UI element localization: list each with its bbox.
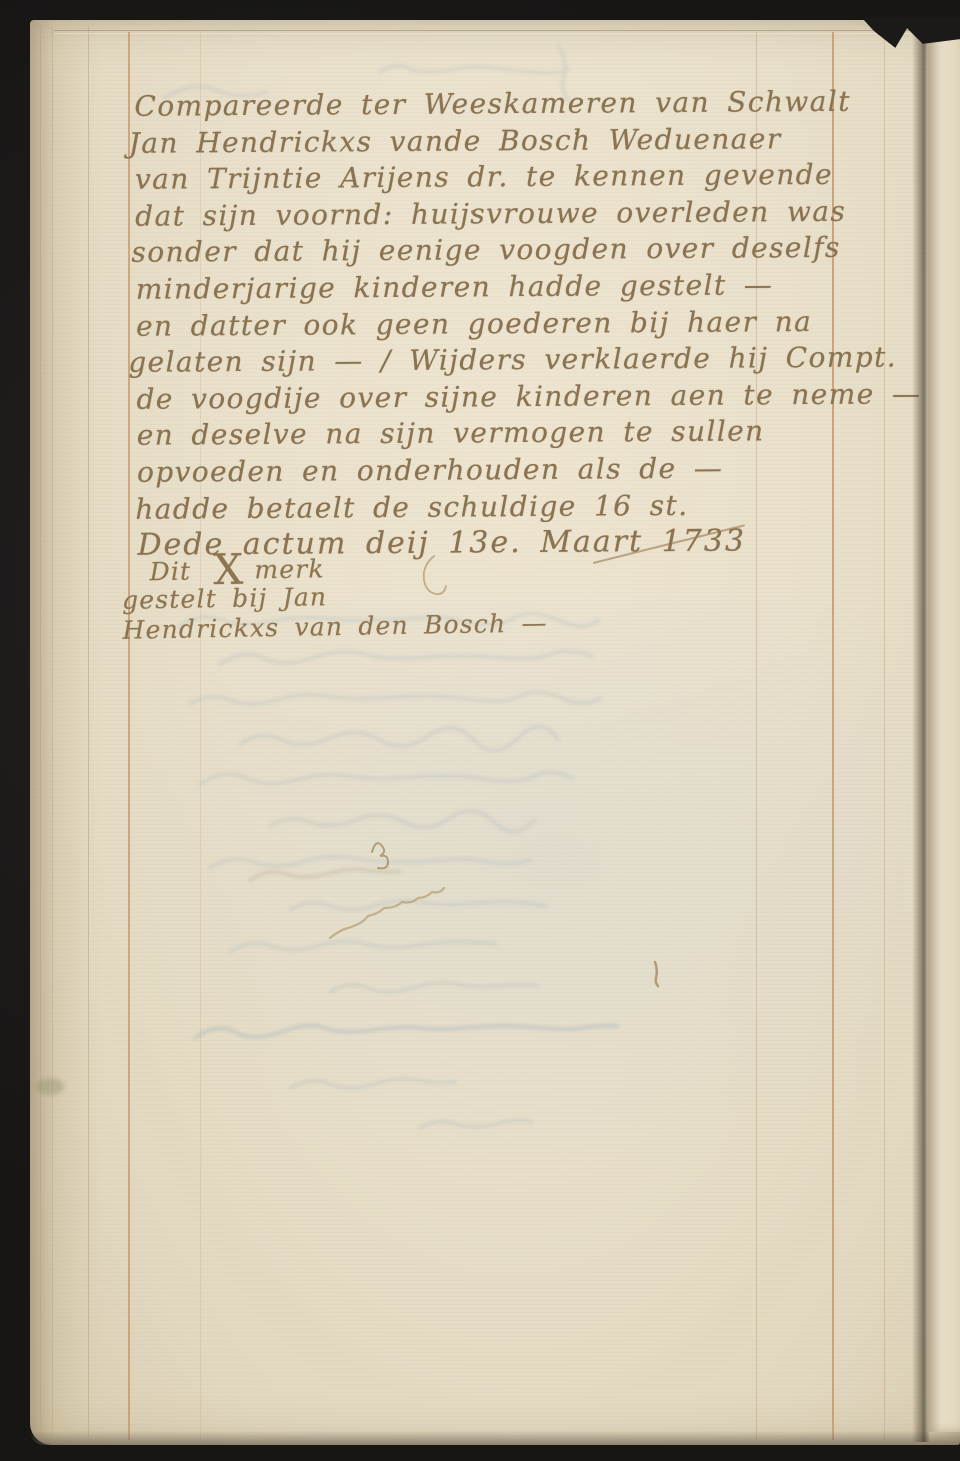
manuscript-line: hadde betaelt de schuldige 16 st. — [135, 486, 923, 528]
manuscript-line: en datter ook geen goederen bij haer na — [136, 303, 922, 345]
page-bottom-shadow — [30, 1431, 960, 1445]
photograph-background: Compareerde ter Weeskameren van Schwalt … — [0, 0, 960, 1461]
manuscript-line: minderjarige kinderen hadde gestelt — — [136, 266, 922, 308]
manuscript-line: sonder dat hij eenige voogden over desel… — [131, 230, 921, 272]
manuscript-page: Compareerde ter Weeskameren van Schwalt … — [30, 20, 960, 1445]
signature-x-mark: X — [213, 555, 245, 586]
manuscript-line: van Trijntie Arijens dr. te kennen geven… — [135, 156, 921, 198]
mark-statement-pre: Dit — [149, 557, 191, 587]
adjacent-page-edge — [928, 24, 960, 1432]
manuscript-line: Compareerde ter Weeskameren van Schwalt — [134, 83, 920, 125]
paper-smudge — [36, 1078, 64, 1095]
mark-tick — [655, 962, 658, 986]
ink-dot — [575, 132, 578, 135]
manuscript-line: gelaten sijn — / Wijders verklaerde hij … — [128, 339, 922, 381]
manuscript-line: dat sijn voornd: huijsvrouwe overleden w… — [135, 193, 921, 235]
manuscript-line: Jan Hendrickxs vande Bosch Weduenaer — [129, 120, 921, 162]
handwriting-block: Compareerde ter Weeskameren van Schwalt … — [134, 83, 923, 564]
mark-diagonal-squiggle — [330, 888, 444, 938]
signature-mark-block: DitXmerk gestelt bij Jan Hendrickxs van … — [121, 544, 553, 645]
manuscript-line: de voogdije over sijne kinderen aen te n… — [136, 376, 922, 418]
mark-statement-post: merk — [254, 554, 325, 584]
manuscript-line: opvoeden en onderhouden als de — — [137, 449, 923, 491]
mark-83 — [372, 843, 388, 868]
manuscript-line: en deselve na sijn vermogen te sullen — [137, 413, 923, 455]
